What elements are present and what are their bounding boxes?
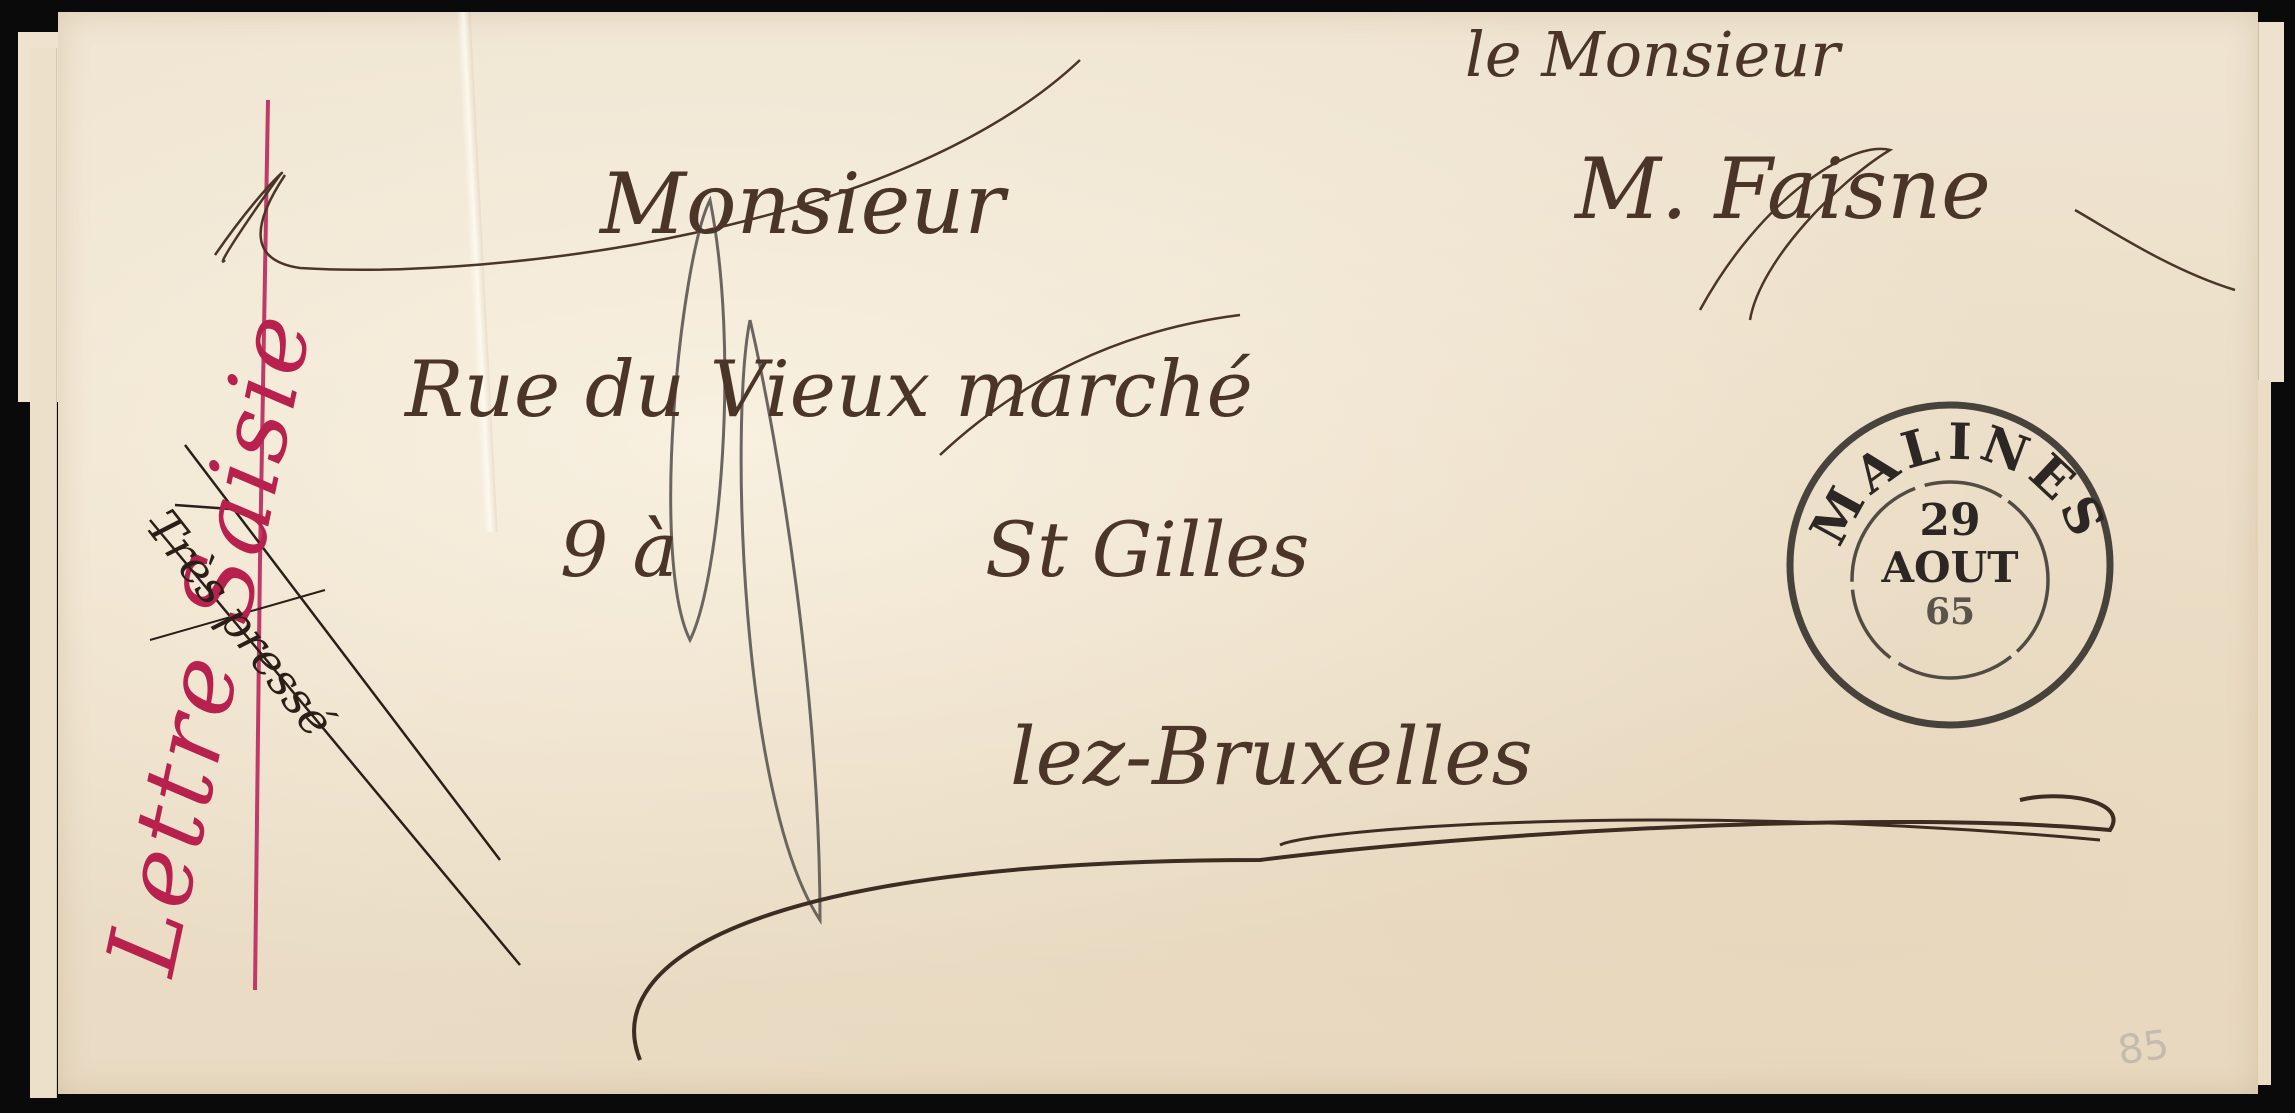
- malines-postmark: MALINES 29 AOUT 65: [1780, 395, 2120, 735]
- address-number: 9 à: [560, 505, 678, 594]
- address-recipient: M. Faisne: [1575, 140, 1991, 238]
- postmark-month: AOUT: [1780, 543, 2120, 592]
- postmark-day: 29: [1780, 495, 2120, 546]
- address-honorific: Monsieur: [600, 155, 1005, 253]
- address-commune: St Gilles: [985, 505, 1309, 594]
- address-street: Rue du Vieux marché: [405, 345, 1253, 435]
- pencil-note: 85: [2115, 1022, 2172, 1075]
- address-salutation: le Monsieur: [1465, 18, 1840, 91]
- postmark-year: 65: [1780, 591, 2120, 633]
- address-city: lez-Bruxelles: [1010, 710, 1533, 803]
